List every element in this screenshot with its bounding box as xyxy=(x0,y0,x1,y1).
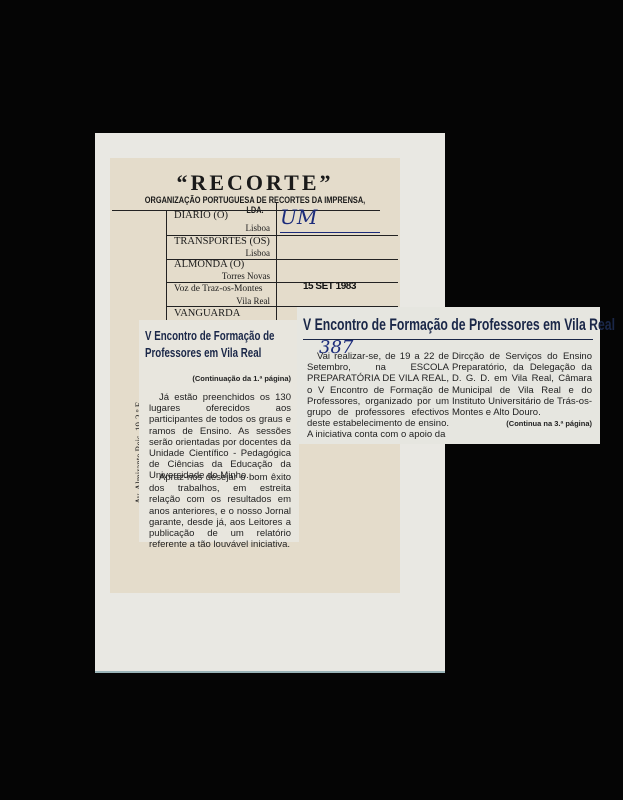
publication-name: DIARIO (O) xyxy=(174,210,228,221)
publication-name: TRANSPORTES (OS) xyxy=(174,236,270,247)
article-column: Vai realizar-se, de 19 a 22 de Setembro,… xyxy=(307,351,449,441)
handwritten-underline xyxy=(280,232,380,233)
continuation-note: (Continuação da 1.ª página) xyxy=(192,374,291,383)
continuation-note: (Continua na 3.ª página) xyxy=(506,419,592,428)
publication-name: ALMONDA (O) xyxy=(174,259,244,270)
publication-name: Voz de Traz-os-Montes xyxy=(174,284,263,294)
newspaper-clipping-continuation: V Encontro de Formação de Professores em… xyxy=(139,320,299,542)
article-paragraph: Apraz-nos desejar o bom êxito dos trabal… xyxy=(149,472,291,550)
clipping-headline: V Encontro de Formação de Professores em… xyxy=(303,315,615,335)
divider xyxy=(166,282,398,283)
publication-city: Torres Novas xyxy=(170,271,270,281)
article-paragraph: Já estão preenchidos os 130 lugares ofer… xyxy=(149,392,291,482)
date-stamp: 15 SET 1983 xyxy=(303,281,356,292)
divider xyxy=(112,210,380,211)
publication-name: VANGUARDA xyxy=(174,308,240,319)
newspaper-clipping-front: V Encontro de Formação de Professores em… xyxy=(297,307,600,444)
article-column: Dircção de Serviços do Ensino Preparatór… xyxy=(452,351,592,418)
clipping-headline: V Encontro de Formação de Professores em… xyxy=(145,328,293,362)
publication-city: Lisboa xyxy=(170,248,270,258)
form-subtitle: ORGANIZAÇÃO PORTUGUESA DE RECORTES DA IM… xyxy=(136,195,374,215)
publication-city: Lisboa xyxy=(170,223,270,233)
publication-city: Vila Real xyxy=(170,296,270,306)
form-title: “RECORTE” xyxy=(110,170,400,196)
handwritten-mark: UM xyxy=(280,205,317,229)
